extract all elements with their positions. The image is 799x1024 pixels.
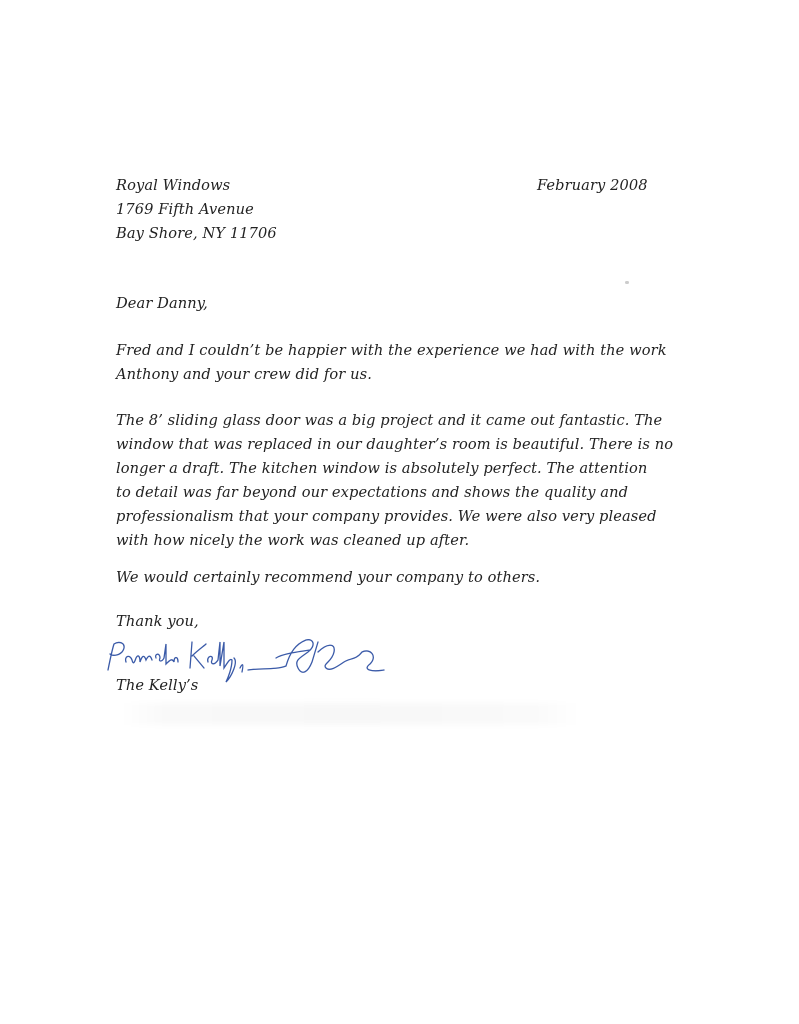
recipient-street: 1769 Fifth Avenue [116,200,254,220]
body-line: The 8’ sliding glass door was a big proj… [116,411,662,431]
body-line: Fred and I couldn’t be happier with the … [116,341,667,361]
body-line: longer a draft. The kitchen window is ab… [116,459,647,479]
body-line: professionalism that your company provid… [116,507,657,527]
signoff: The Kelly’s [116,676,198,696]
body-line: to detail was far beyond our expectation… [116,483,628,503]
recipient-name: Royal Windows [116,176,230,196]
letter-page: Royal Windows February 2008 1769 Fifth A… [0,0,799,1024]
bleed-through-mark [120,703,580,725]
signature-fred-kelly [248,640,384,673]
letter-date: February 2008 [537,176,648,196]
body-line: with how nicely the work was cleaned up … [116,531,469,551]
body-line: Anthony and your crew did for us. [116,365,372,385]
paper-speck [625,281,629,284]
salutation: Dear Danny, [116,294,208,314]
recipient-city: Bay Shore, NY 11706 [116,224,277,244]
body-line: window that was replaced in our daughter… [116,435,673,455]
body-line: We would certainly recommend your compan… [116,568,540,588]
